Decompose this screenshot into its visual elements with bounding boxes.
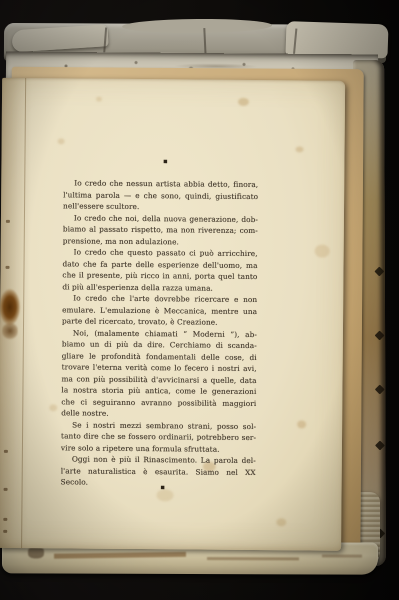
- cover-corner-flap-right: [285, 21, 388, 58]
- paragraph: Se i nostri mezzi sembrano strani, posso…: [61, 419, 256, 455]
- binding-mark: [3, 530, 7, 533]
- paragraph: Io credo che questo passato ci può arric…: [62, 246, 257, 294]
- text-line: Io credo che l'arte dovrebbe ricercare e…: [62, 292, 257, 305]
- text-line: Io credo che questo passato ci può arric…: [63, 246, 258, 259]
- ink-stain: [2, 322, 18, 340]
- foxing-spot: [96, 97, 102, 102]
- foxing-spot: [296, 146, 304, 152]
- paragraph: Noi, (malamente chiamati “ Moderni ”), a…: [61, 327, 257, 421]
- text-line: la nostra storia più antica, come le gen…: [61, 384, 256, 397]
- stain-streak: [54, 552, 186, 559]
- photo-scene: ▪ ▪ Io credo che nessun artista abbia de…: [0, 0, 399, 600]
- text-line: trovare l'eterna verità come lo fecero i…: [62, 361, 257, 374]
- foxing-spot: [276, 518, 286, 526]
- paragraph: Oggi non è più il Rinascimento. La parol…: [61, 453, 256, 489]
- text-line: che il presente, più ricco in anni, port…: [62, 269, 257, 282]
- binding-notch: [375, 385, 385, 395]
- stain-streak: [207, 557, 299, 560]
- binding-mark: [4, 488, 8, 491]
- section-marker-top: ▪: [162, 158, 168, 166]
- text-line: delle nostre.: [61, 407, 256, 420]
- text-line: Oggi non è più il Rinascimento. La parol…: [61, 453, 256, 466]
- foxing-spot: [58, 138, 65, 144]
- text-line: biamo al passato rispetto, ma non rivere…: [63, 223, 258, 236]
- cover-crumple: [122, 18, 272, 33]
- text-line: l'arte naturalistica è esaurita. Siamo n…: [61, 465, 256, 490]
- binding-notch: [375, 331, 385, 341]
- text-line: tanto dire che se fossero ordinarii, pot…: [61, 430, 256, 443]
- text-line: biamo un di più da dire. Cerchiamo di sc…: [62, 338, 257, 351]
- foxing-spot: [49, 404, 57, 411]
- cover-corner-flap-left: [11, 24, 108, 52]
- page-text: Io credo che nessun artista abbia detto,…: [61, 177, 259, 489]
- binding-mark: [6, 266, 10, 269]
- binding-mark: [3, 518, 7, 521]
- foxing-spot: [315, 245, 330, 258]
- book-page: ▪ ▪ Io credo che nessun artista abbia de…: [0, 78, 345, 551]
- foxing-spot: [297, 420, 306, 428]
- stain-streak: [28, 546, 44, 558]
- text-line: Io credo che nessun artista abbia detto,…: [63, 177, 258, 190]
- paragraph: Io credo che noi, della nuova generazion…: [63, 212, 258, 248]
- binding-mark: [4, 450, 8, 453]
- foxing-spot: [238, 98, 249, 106]
- stain-streak: [322, 554, 362, 557]
- text-line: parte del ricercato, trovato, è Creazion…: [62, 315, 257, 328]
- paragraph: Io credo che nessun artista abbia detto,…: [63, 177, 258, 213]
- paragraph: Io credo che l'arte dovrebbe ricercare e…: [62, 292, 257, 328]
- text-line: nell'essere scultore.: [63, 200, 258, 213]
- binding-mark: [6, 220, 10, 223]
- binding-notch: [374, 267, 384, 277]
- binding-notch: [375, 441, 385, 451]
